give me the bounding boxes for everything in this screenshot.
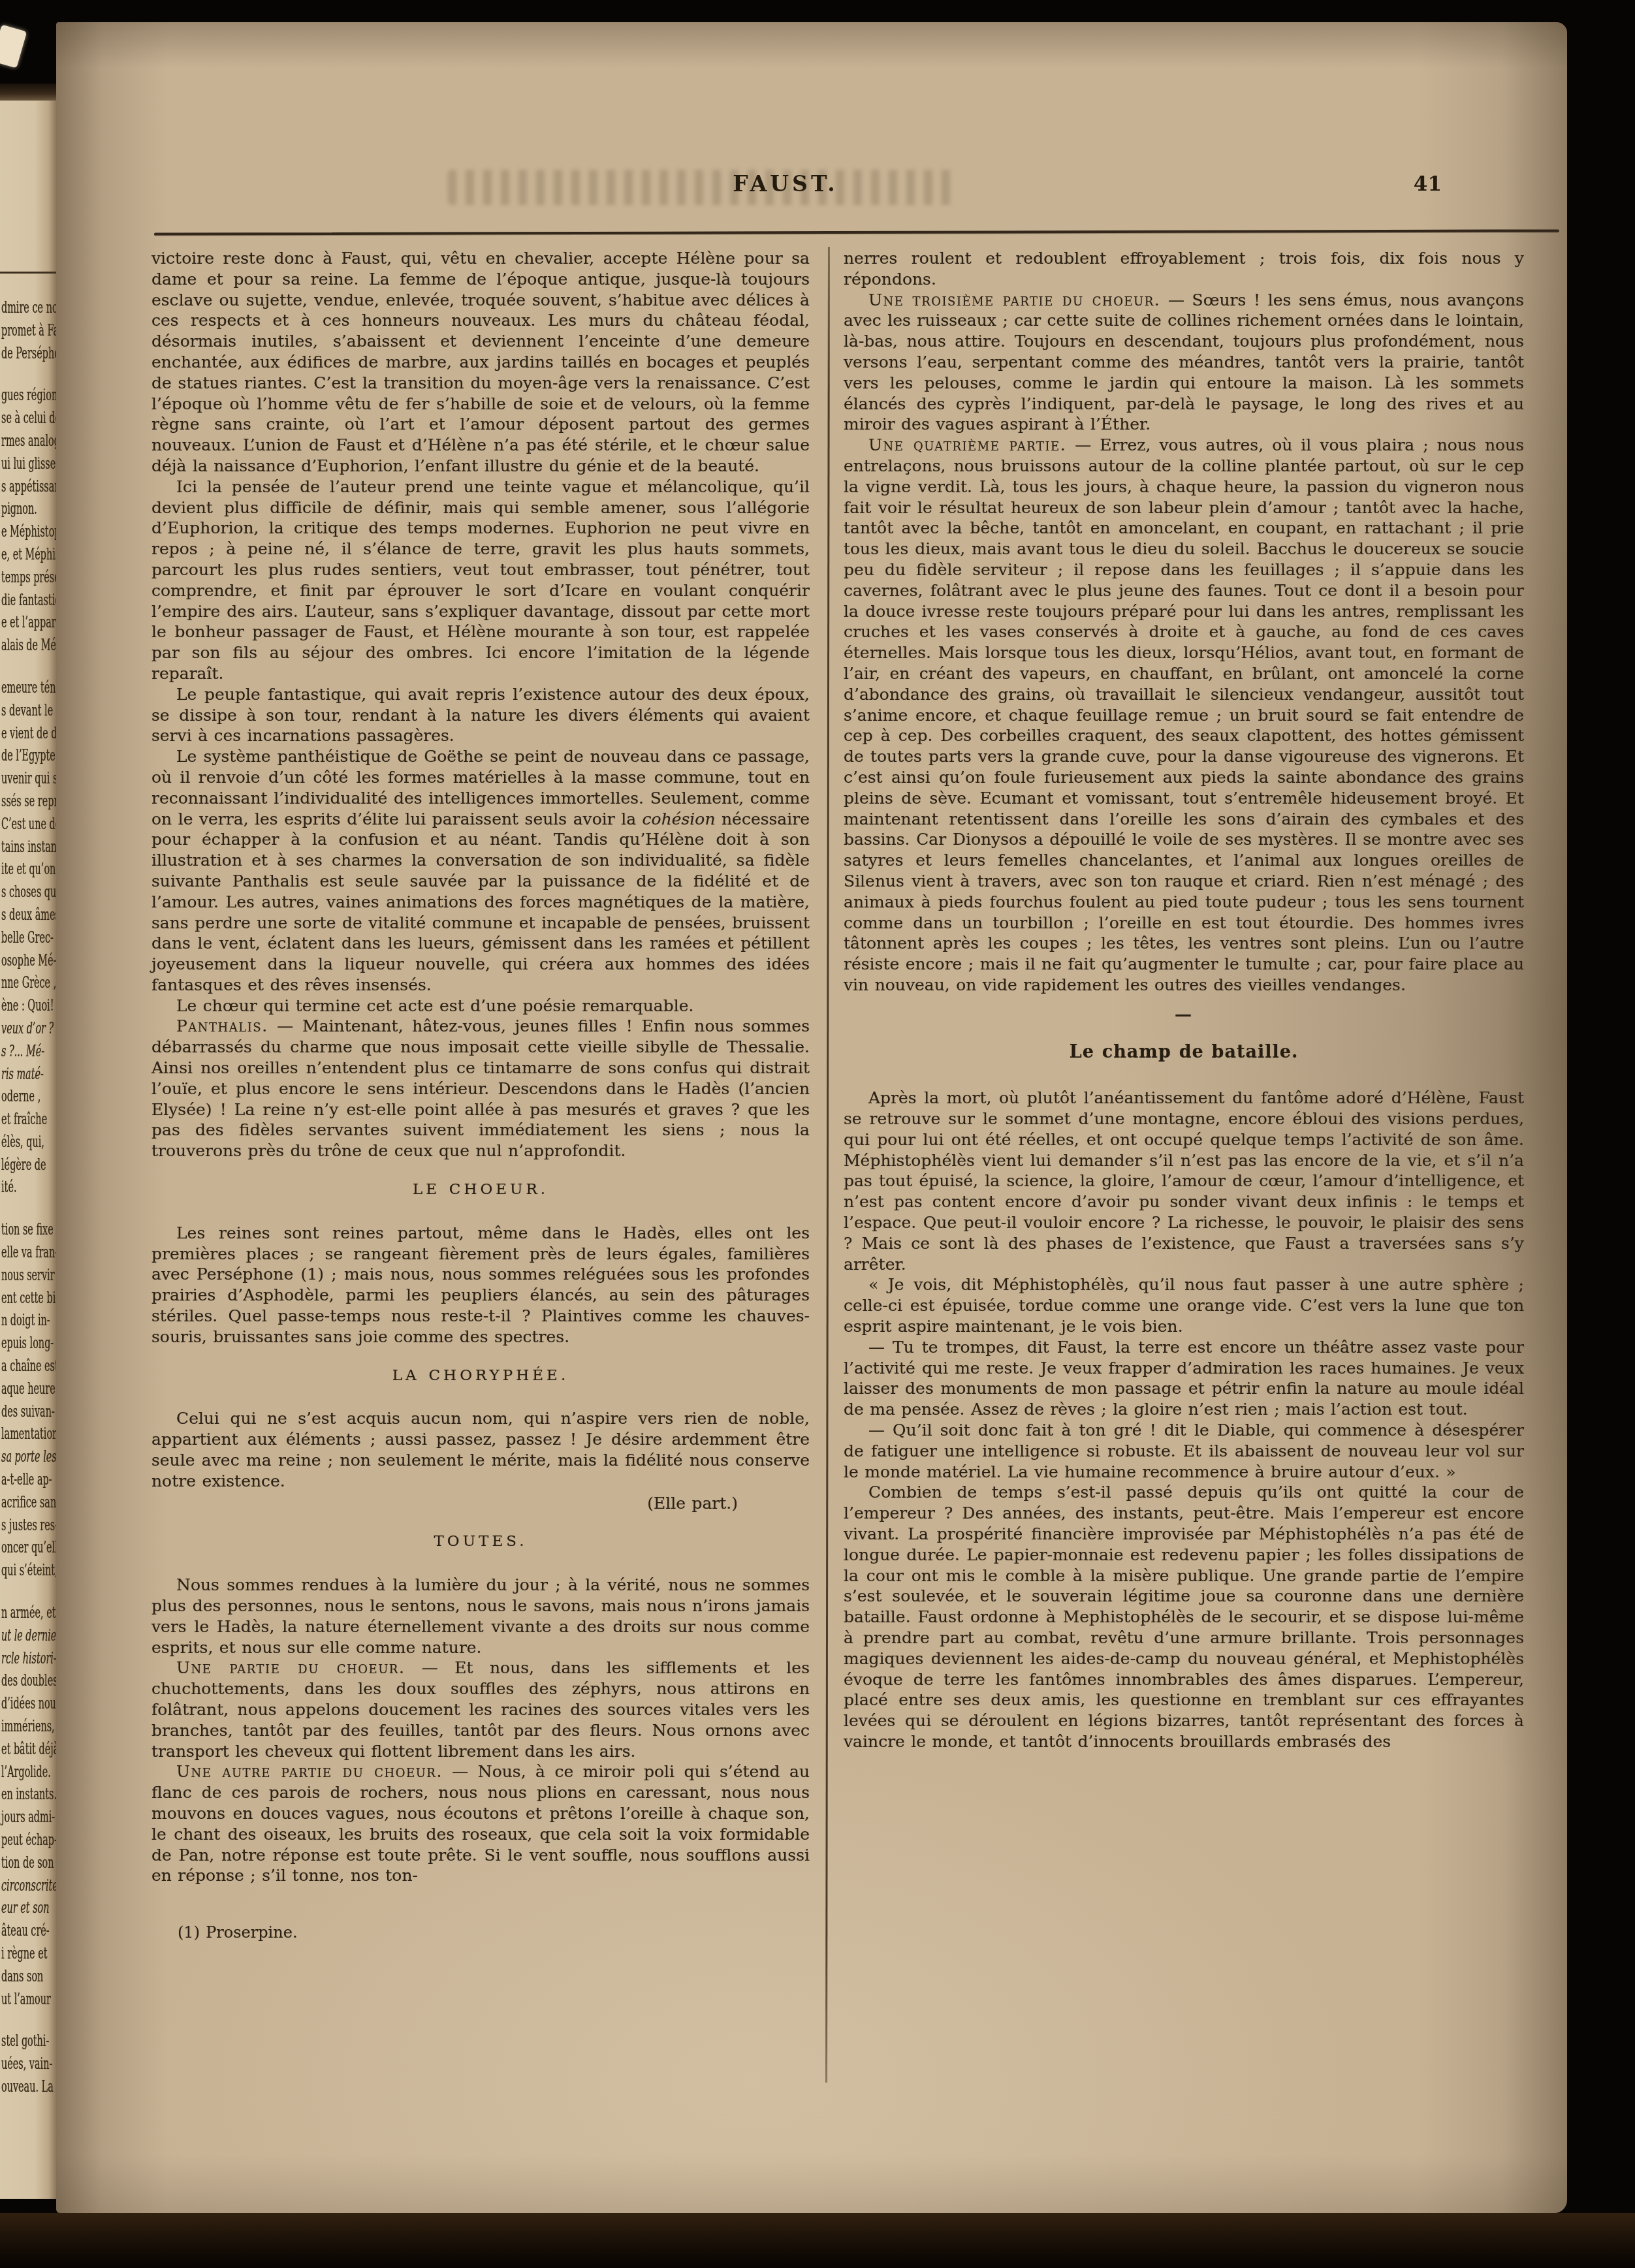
paragraph: Une quatrième partie. — Errez, vous autr… (844, 435, 1524, 996)
book-scan-photo: dmire ce noblepromet à Faude Perséphone,… (0, 0, 1635, 2268)
fragment-line: alais de Mén (1, 634, 56, 657)
fragment-line: et bâtit déjà (1, 1738, 56, 1761)
section-heading: LA CHORYPHÉE. (151, 1366, 810, 1387)
fragment-line: l’Argolide. (1, 1761, 56, 1784)
fragment-line: n doigt in- (1, 1309, 56, 1332)
fragment-line: ut l’amour (1, 1988, 56, 2011)
fragment-line: gues régions d (1, 384, 56, 407)
fragment-line: ut le dernier (1, 1624, 56, 1647)
fragment-line: pignon. (1, 497, 56, 520)
fragment-line: e vient de dé (1, 722, 56, 745)
fragment-line: s choses qui (1, 881, 56, 904)
paragraph: Nous sommes rendues à la lumière du jour… (151, 1575, 810, 1658)
paragraph: — Qu’il soit donc fait à ton gré ! dit l… (844, 1420, 1524, 1482)
fragment-line: ite et qu’on (1, 858, 56, 881)
fragment-line: qui s’éteint, (1, 1559, 56, 1582)
fragment-line: e Méphistoph (1, 520, 56, 543)
fragment-line: ris maté- (1, 1063, 56, 1086)
fragment-line: uvenir qui se (1, 767, 56, 790)
fragment-line: ssés se repro (1, 790, 56, 813)
fragment-line: a chaîne est (1, 1355, 56, 1378)
fragment-line: temps présen (1, 566, 56, 589)
paragraph: Combien de temps s’est-il passé depuis q… (844, 1482, 1524, 1752)
fragment-line: nne Grèce , (1, 971, 56, 994)
fragment-line: tion de son (1, 1851, 56, 1874)
paragraph: Le chœur qui termine cet acte est d’une … (151, 996, 810, 1016)
right-column: nerres roulent et redoublent effroyablem… (844, 248, 1524, 1752)
fragment-line: veux d’or ? (1, 1017, 56, 1040)
fragment-line: en instants. (1, 1783, 56, 1806)
paragraph: Les reines sont reines partout, même dan… (151, 1223, 810, 1347)
text-segment: — Tu te trompes, dit Faust, la terre est… (844, 1338, 1524, 1419)
fragment-line: âteau cré- (1, 1919, 56, 1942)
fragment-group: tion se fixeelle va fran-nous servirent … (1, 1218, 56, 1582)
fragment-line: aque heure (1, 1378, 56, 1400)
text-segment: — Sœurs ! les sens émus, nous avançons a… (844, 291, 1524, 434)
text-segment: — Errez, vous autres, où il vous plaira … (844, 435, 1524, 994)
fragment-line: s justes res- (1, 1514, 56, 1537)
text-segment: Les reines sont reines partout, même dan… (151, 1223, 810, 1346)
fragment-line: d’idées nou- (1, 1692, 56, 1715)
fragment-line: C’est une de (1, 813, 56, 836)
fragment-line: de Perséphone, (1, 342, 56, 365)
speaker-name: Une autre partie du choeur. (176, 1762, 443, 1781)
fragment-line: ène : Quoi! (1, 994, 56, 1017)
section-heading: TOUTES. (151, 1532, 810, 1552)
fragment-line: eur et son (1, 1897, 56, 1919)
fragment-line: oderne , (1, 1085, 56, 1108)
fragment-group: stel gothi-uées, vain-ouveau. La (1, 2030, 56, 2098)
paragraph: nerres roulent et redoublent effroyablem… (844, 248, 1524, 290)
fragment-line: oncer qu’elle (1, 1536, 56, 1559)
fragment-line: stel gothi- (1, 2030, 56, 2053)
book-cover-bottom (0, 2213, 1635, 2268)
speaker-name: Une partie du choeur. (176, 1658, 405, 1677)
stage-direction: (Elle part.) (151, 1493, 810, 1514)
fragment-line: i règne et (1, 1942, 56, 1965)
paragraph: Panthalis. — Maintenant, hâtez-vous, jeu… (151, 1016, 810, 1161)
paragraph: Une troisième partie du choeur. — Sœurs … (844, 290, 1524, 435)
facing-page-edge: dmire ce noblepromet à Faude Perséphone,… (0, 84, 56, 2199)
fragment-group: emeure ténés devant le pée vient de déde… (1, 676, 56, 1199)
fragment-line: ouveau. La (1, 2075, 56, 2098)
paragraph: — Tu te trompes, dit Faust, la terre est… (844, 1337, 1524, 1420)
text-segment: victoire reste donc à Faust, qui, vêtu e… (151, 249, 810, 475)
fragment-line: tion se fixe (1, 1218, 56, 1241)
fragment-line: circonscrite (1, 1874, 56, 1897)
paragraph: Une partie du choeur. — Et nous, dans le… (151, 1658, 810, 1761)
fragment-line: belle Grec- (1, 926, 56, 949)
book-cover-edge (0, 84, 56, 101)
text-segment: Ici la pensée de l’auteur prend une tein… (151, 477, 810, 683)
fragment-line: n armée, et (1, 1601, 56, 1624)
running-title: FAUST. (30, 171, 1541, 197)
fragment-line: immériens, (1, 1715, 56, 1738)
text-segment: cohésion (643, 810, 716, 828)
fragment-line: de l’Egypte où (1, 744, 56, 767)
text-segment: Le chœur qui termine cet acte est d’une … (176, 996, 694, 1015)
column-divider-rule (825, 247, 830, 2083)
text-segment: Le peuple fantastique, qui avait repris … (151, 685, 810, 746)
fragment-line: s ?... Mé- (1, 1040, 56, 1063)
paragraph: Le système panthéistique de Goëthe se pe… (151, 746, 810, 996)
paragraph: Une autre partie du choeur. — Nous, à ce… (151, 1761, 810, 1886)
fragment-line: s deux âmes (1, 904, 56, 926)
speaker-name: Une quatrième partie. (868, 435, 1066, 454)
fragment-line: die fantastiq (1, 589, 56, 612)
fragment-line: tains instants (1, 836, 56, 858)
section-heading: LE CHOEUR. (151, 1180, 810, 1201)
fragment-line: légère de (1, 1154, 56, 1176)
fragment-line: rmes analogues (1, 430, 56, 452)
footnote: (1) Proserpine. (151, 1923, 810, 1944)
fragment-line: s appétissant (1, 475, 56, 498)
left-column: victoire reste donc à Faust, qui, vêtu e… (151, 248, 810, 1944)
fragment-line: dmire ce noble (1, 296, 56, 319)
text-segment: — Maintenant, hâtez-vous, jeunes filles … (151, 1016, 810, 1160)
text-segment: Combien de temps s’est-il passé depuis q… (844, 1483, 1524, 1751)
paragraph: victoire reste donc à Faust, qui, vêtu e… (151, 248, 810, 477)
fragment-line: nous servir (1, 1264, 56, 1287)
fragment-line: des doubles (1, 1669, 56, 1692)
fragment-line: lamentations (1, 1423, 56, 1445)
fragment-line: uées, vain- (1, 2053, 56, 2075)
header-rule (154, 229, 1559, 235)
text-segment: Celui qui ne s’est acquis aucun nom, qui… (151, 1409, 810, 1490)
paragraph: Le peuple fantastique, qui avait repris … (151, 684, 810, 746)
speaker-name: Une troisième partie du choeur. (868, 291, 1160, 309)
fragment-line: des suivan- (1, 1400, 56, 1423)
fragment-line: s devant le pé (1, 699, 56, 722)
fragment-group: gues régions dse à celui desrmes analogu… (1, 384, 56, 657)
speaker-name: Panthalis. (176, 1016, 268, 1035)
fragment-line: epuis long- (1, 1332, 56, 1355)
fragment-line: emeure téné (1, 676, 56, 699)
text-segment: nécessaire pour échapper à la confusion … (151, 810, 810, 994)
facing-page-text-fragments: dmire ce noblepromet à Faude Perséphone,… (1, 296, 56, 2118)
fragment-line: a-t-elle ap- (1, 1468, 56, 1491)
text-segment: « Je vois, dit Méphistophélès, qu’il nou… (844, 1275, 1524, 1336)
fragment-line: peut échap- (1, 1829, 56, 1851)
facing-page-header-rule (0, 272, 56, 274)
paragraph: Après la mort, où plutôt l’anéantissemen… (844, 1088, 1524, 1274)
fragment-group: dmire ce noblepromet à Faude Perséphone, (1, 296, 56, 364)
fragment-line: dans son (1, 1965, 56, 1988)
fragment-line: élès, qui, (1, 1131, 56, 1154)
fragment-line: ité. (1, 1176, 56, 1199)
fragment-line: et fraîche (1, 1108, 56, 1131)
fragment-group: n armée, etut le dernierrcle histori-des… (1, 1601, 56, 2010)
fragment-line: osophe Mé- (1, 949, 56, 972)
fragment-line: elle va fran- (1, 1241, 56, 1264)
section-divider: — (844, 1005, 1524, 1026)
paper-sliver (0, 25, 27, 69)
fragment-line: e et l’apparen (1, 611, 56, 634)
fragment-line: acrifice san- (1, 1491, 56, 1514)
fragment-line: rcle histori- (1, 1647, 56, 1670)
text-segment: Nous sommes rendues à la lumière du jour… (151, 1575, 810, 1656)
paragraph: Ici la pensée de l’auteur prend une tein… (151, 477, 810, 684)
scene-heading: Le champ de bataille. (844, 1042, 1524, 1063)
paragraph: « Je vois, dit Méphistophélès, qu’il nou… (844, 1274, 1524, 1336)
text-segment: Après la mort, où plutôt l’anéantissemen… (844, 1088, 1524, 1273)
fragment-line: promet à Fau (1, 319, 56, 342)
fragment-line: sa porte les (1, 1445, 56, 1468)
fragment-line: se à celui des (1, 407, 56, 430)
page-number: 41 (1414, 172, 1442, 196)
book-page: FAUST. 41 victoire reste donc à Faust, q… (56, 22, 1567, 2213)
fragment-line: e, et Méphist (1, 543, 56, 566)
paragraph: Celui qui ne s’est acquis aucun nom, qui… (151, 1408, 810, 1491)
text-segment: nerres roulent et redoublent effroyablem… (844, 249, 1524, 289)
fragment-line: ui lui glisse dan (1, 452, 56, 475)
fragment-line: jours admi- (1, 1806, 56, 1829)
text-segment: — Qu’il soit donc fait à ton gré ! dit l… (844, 1421, 1524, 1481)
fragment-line: ent cette bi- (1, 1287, 56, 1310)
